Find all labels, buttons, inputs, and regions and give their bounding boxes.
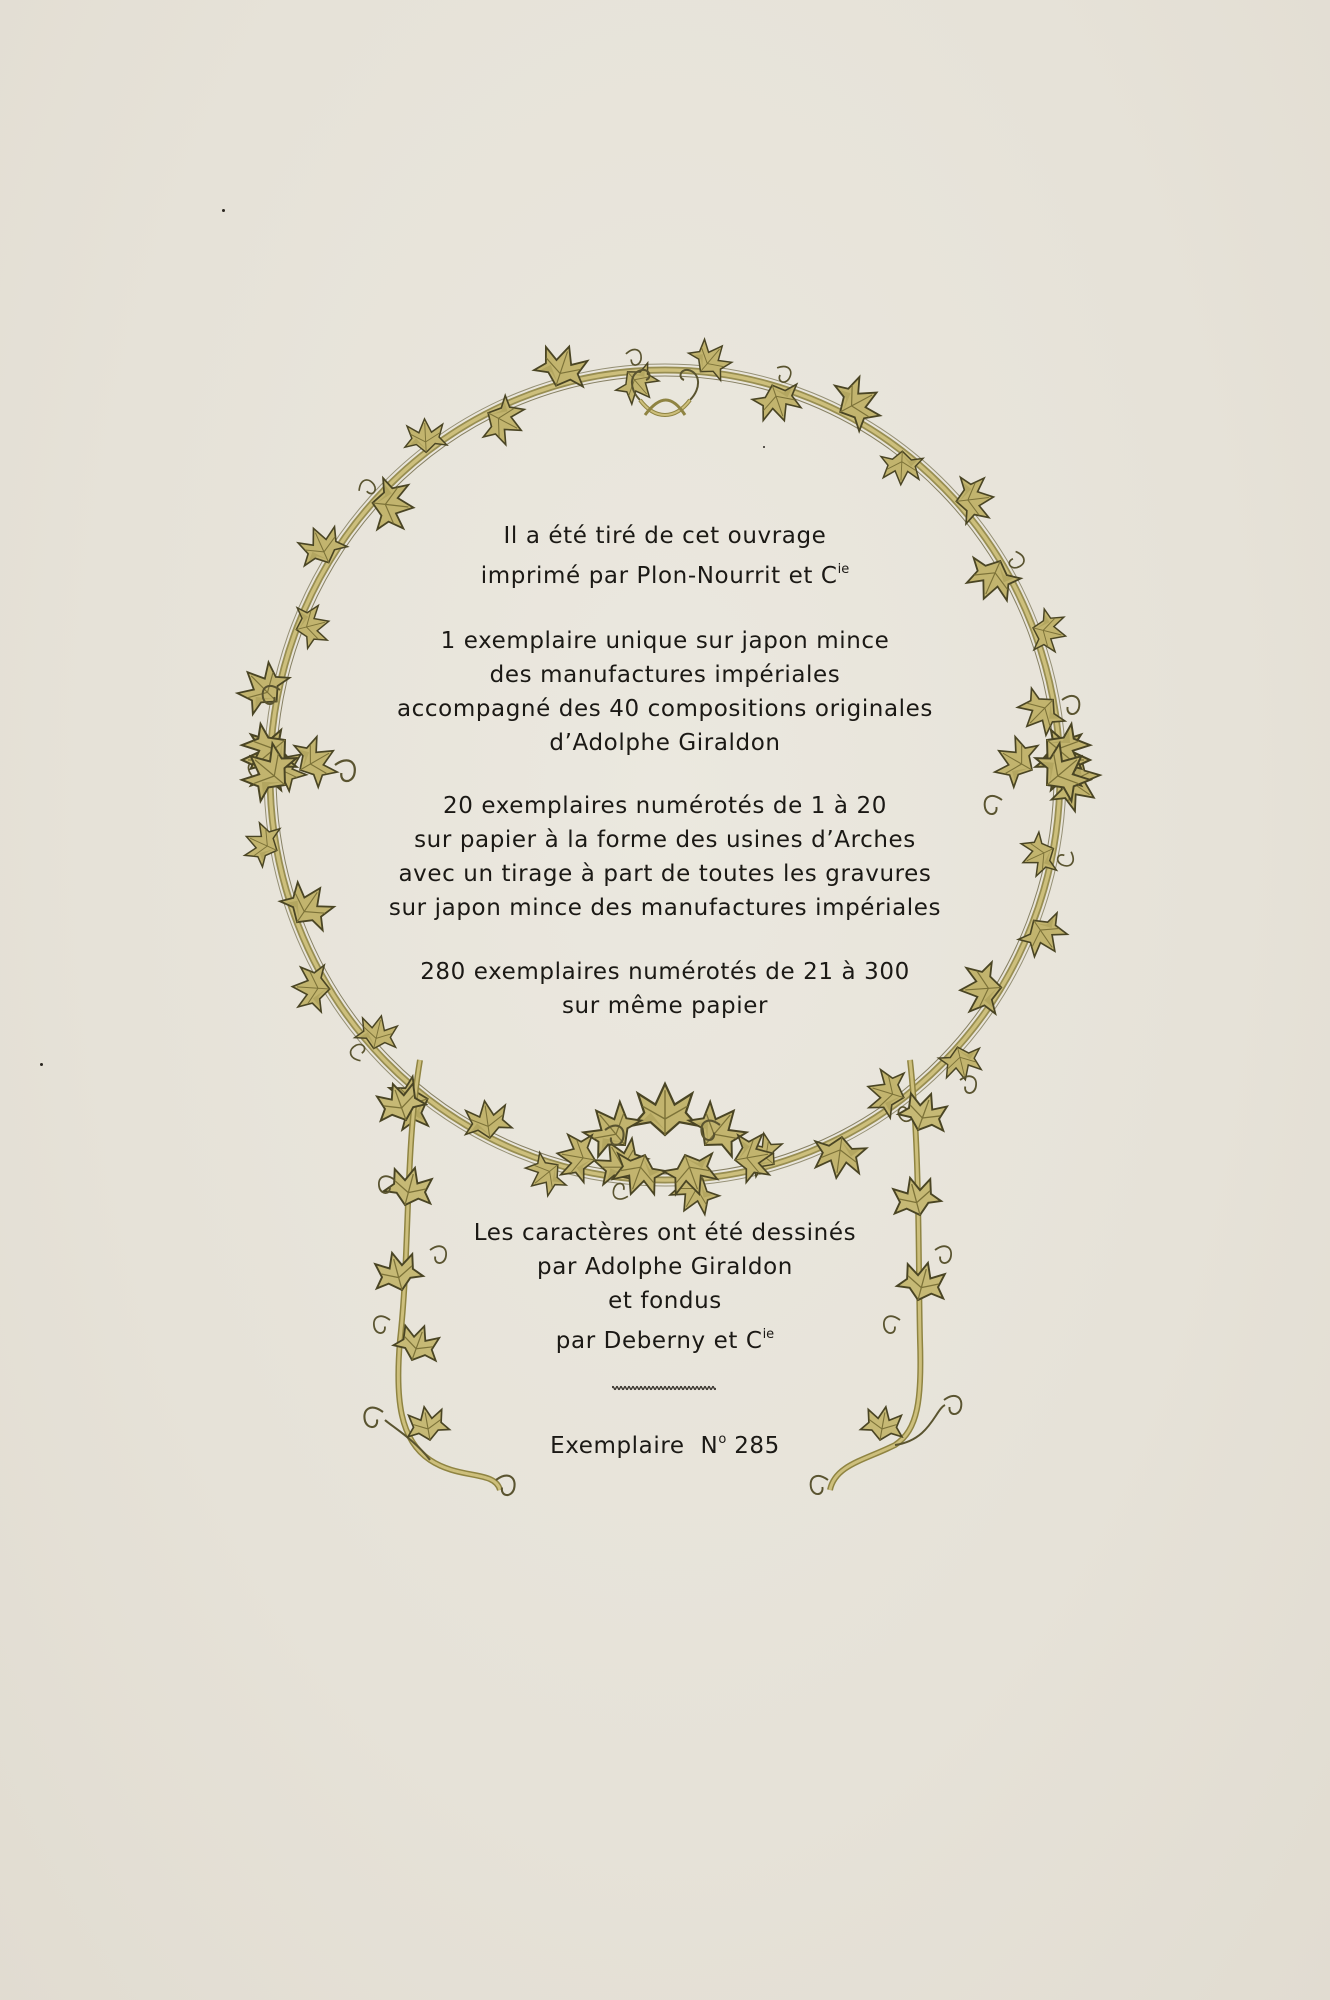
text-line: des manufactures impériales [0, 658, 1330, 692]
numbered-copies-1-20-statement: 20 exemplaires numérotés de 1 à 20 sur p… [0, 789, 1330, 925]
numbered-copies-21-300-statement: 280 exemplaires numérotés de 21 à 300 su… [0, 955, 1330, 1023]
text-line: par Adolphe Giraldon [0, 1250, 1330, 1284]
text-line: sur japon mince des manufactures impéria… [0, 891, 1330, 925]
paper-speck [40, 1063, 43, 1066]
text-line: sur même papier [0, 989, 1330, 1023]
typeface-statement: Les caractères ont été dessinés par Adol… [0, 1216, 1330, 1358]
text-line: avec un tirage à part de toutes les grav… [0, 857, 1330, 891]
text-line: Il a été tiré de cet ouvrage [0, 519, 1330, 553]
text-line: 1 exemplaire unique sur japon mince [0, 624, 1330, 658]
text-line: sur papier à la forme des usines d’Arche… [0, 823, 1330, 857]
copy-prefix: Exemplaire [550, 1433, 685, 1459]
paper-speck [763, 446, 765, 448]
printing-statement: Il a été tiré de cet ouvrage imprimé par… [0, 519, 1330, 593]
text-line: 280 exemplaires numérotés de 21 à 300 [0, 955, 1330, 989]
wavy-rule-divider [612, 1385, 716, 1391]
text-line: accompagné des 40 compositions originale… [0, 692, 1330, 726]
number-label: No [693, 1433, 727, 1459]
copy-number: Exemplaire No 285 [0, 1423, 1330, 1463]
copy-number-value: 285 [734, 1433, 780, 1459]
paper-speck [222, 209, 225, 212]
text-line: 20 exemplaires numérotés de 1 à 20 [0, 789, 1330, 823]
text-line: et fondus [0, 1284, 1330, 1318]
text-line: d’Adolphe Giraldon [0, 726, 1330, 760]
unique-copy-statement: 1 exemplaire unique sur japon mince des … [0, 624, 1330, 760]
text-line: Les caractères ont été dessinés [0, 1216, 1330, 1250]
text-line: imprimé par Plon-Nourrit et Cie [0, 553, 1330, 593]
book-page: Il a été tiré de cet ouvrage imprimé par… [0, 0, 1330, 2000]
text-line: par Deberny et Cie [0, 1318, 1330, 1358]
